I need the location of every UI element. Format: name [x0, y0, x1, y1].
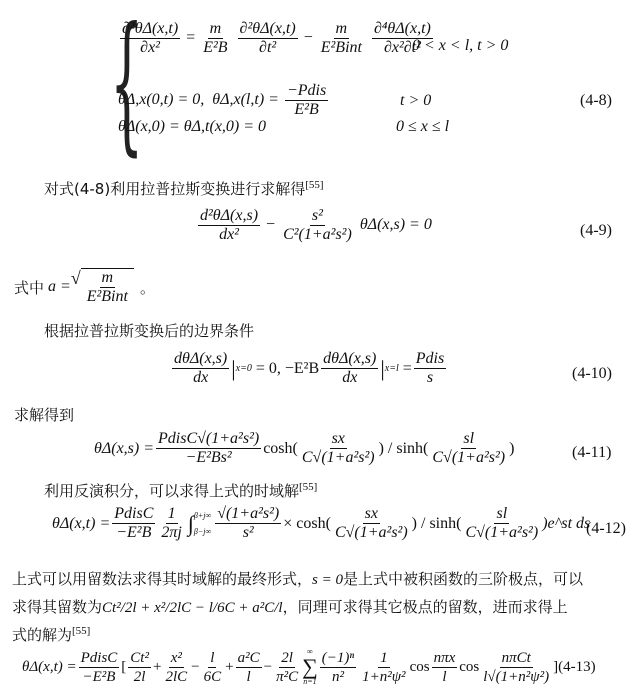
fraction-denominator: dx — [340, 369, 359, 387]
eq-4-8-condition-1: 0 < x < l, t > 0 — [412, 37, 508, 55]
cosh-function: cosh( — [263, 440, 298, 458]
fraction-denominator: E²B — [292, 101, 320, 119]
eq-4-8-line2: θΔ,x(0,t) = 0, θΔ,x(l,t) = −PdisE²B — [118, 82, 330, 119]
fraction-denominator: C√(1+a²s²) — [463, 524, 540, 542]
paragraph-text: 。 — [140, 277, 155, 298]
integral-upper-limit: β+j∞ — [194, 508, 211, 524]
paragraph-text: 对式(4-8)利用拉普拉斯变换进行求解得 — [44, 180, 305, 198]
formula-lhs: a = — [48, 278, 71, 296]
equation-number: (4-9) — [580, 222, 612, 240]
fraction-numerator: PdisC√(1+a²s²) — [156, 430, 261, 449]
fraction-denominator: l — [440, 668, 448, 686]
fraction-numerator: l — [208, 649, 216, 668]
fraction-numerator: nπCt — [500, 649, 533, 668]
equation-number: (4-8) — [580, 92, 612, 110]
fraction-denominator: C²(1+a²s²) — [281, 226, 354, 244]
fraction-denominator: dx — [191, 369, 210, 387]
cos-function: cos — [410, 659, 430, 676]
fraction-numerator: PdisC — [79, 649, 120, 668]
cos-function: cos — [459, 659, 479, 676]
fraction-numerator: sx — [363, 505, 380, 524]
equation-middle: = 0, −E²B — [256, 360, 319, 378]
fraction-numerator: Ct² — [128, 649, 151, 668]
paragraph: 对式(4-8)利用拉普拉斯变换进行求解得[55] — [44, 178, 324, 199]
fraction-denominator: E²Bint — [85, 288, 130, 306]
paragraph-line: 求得其留数为Ct²/2l + x²/2lC − l/6C + a²C/l，同理可… — [12, 596, 568, 617]
summation: ∞ ∑ n=1 — [302, 648, 318, 686]
fraction-denominator: l√(1+n²ψ²) — [481, 668, 551, 686]
fraction-numerator: a²C — [236, 649, 262, 668]
paragraph-text: ，同理可求得其它极点的留数，进而求得上 — [283, 598, 568, 616]
eq-4-9: d²θΔ(x,s)dx² − s²C²(1+a²s²) θΔ(x,s) = 0 — [196, 207, 432, 244]
boundary-condition-right: θΔ,x(l,t) = — [212, 91, 279, 108]
fraction-numerator: d²θΔ(x,s) — [198, 207, 260, 226]
fraction-denominator: C√(1+a²s²) — [430, 449, 507, 467]
fraction-denominator: l — [245, 668, 253, 686]
fraction-numerator: PdisC — [112, 505, 155, 524]
eq-4-8-line1: ∂²θΔ(x,t)∂x² = mE²B ∂²θΔ(x,t)∂t² − mE²Bi… — [118, 20, 435, 57]
paragraph-text: 式中 — [14, 277, 44, 298]
fraction-numerator: x² — [169, 649, 184, 668]
sum-lower-limit: n=1 — [303, 678, 316, 686]
paragraph-line: 上式可以用留数法求得其时域解的最终形式，s = 0是上式中被积函数的三阶极点，可… — [12, 568, 583, 589]
fraction-denominator: 2l — [132, 668, 148, 686]
fraction-numerator: 1 — [378, 649, 390, 668]
fraction-denominator: 1+n²ψ² — [360, 668, 407, 686]
citation: [55] — [305, 179, 323, 191]
equation-number: (4-13) — [558, 659, 596, 676]
paragraph-line: 式的解为[55] — [12, 624, 90, 645]
fraction-numerator: nπx — [432, 649, 458, 668]
fraction-numerator: 1 — [166, 505, 178, 524]
equation-lhs: θΔ(x,s) = — [94, 440, 154, 458]
fraction-numerator: dθΔ(x,s) — [172, 350, 229, 369]
equation-number: (4-11) — [572, 444, 611, 462]
fraction-denominator: 2πj — [159, 524, 183, 542]
fraction-denominator: π²C — [274, 668, 300, 686]
citation: [55] — [299, 481, 317, 493]
fraction-denominator: C√(1+a²s²) — [333, 524, 410, 542]
fraction-denominator: s² — [241, 524, 256, 542]
fraction-numerator: m — [100, 269, 116, 288]
fraction-denominator: n² — [330, 668, 346, 686]
equation-lhs: θΔ(x,t) = — [22, 659, 77, 676]
integral-lower-limit: β−j∞ — [194, 524, 211, 540]
fraction-numerator: sx — [330, 430, 347, 449]
fraction-numerator: m — [208, 20, 224, 39]
sqrt-icon: √ — [71, 268, 81, 306]
fraction-denominator: ∂x² — [138, 39, 162, 57]
fraction-denominator: dx² — [217, 226, 241, 244]
eq-4-10: dθΔ(x,s)dx |x=0 = 0, −E²B dθΔ(x,s)dx |x=… — [170, 350, 448, 387]
fraction-numerator: m — [334, 20, 350, 39]
equation-number: (4-10) — [572, 365, 612, 383]
eq-4-8-line3: θΔ(x,0) = θΔ,t(x,0) = 0 — [118, 118, 266, 136]
fraction-denominator: E²B — [201, 39, 229, 57]
sigma-icon: ∑ — [302, 656, 318, 678]
paragraph-text: 上式可以用留数法求得其时域解的最终形式， — [12, 570, 312, 588]
citation: [55] — [72, 625, 90, 637]
fraction-denominator: ∂t² — [257, 39, 278, 57]
sqrt-expression: √ mE²Bint — [71, 268, 134, 306]
fraction-numerator: dθΔ(x,s) — [321, 350, 378, 369]
fraction-numerator: sl — [494, 505, 509, 524]
eq-4-11: θΔ(x,s) = PdisC√(1+a²s²)−E²Bs² cosh( sxC… — [94, 430, 514, 467]
paragraph: 式中 a = √ mE²Bint 。 — [14, 268, 155, 306]
cosh-function: × cosh( — [283, 515, 331, 533]
fraction-numerator: √(1+a²s²) — [215, 505, 281, 524]
fraction-numerator: ∂²θΔ(x,t) — [238, 20, 298, 39]
fraction-denominator: −E²Bs² — [184, 449, 234, 467]
eq-4-13: θΔ(x,t) = PdisC−E²B [ Ct²2l + x²2lC − l6… — [22, 648, 596, 686]
paragraph: 根据拉普拉斯变换后的边界条件 — [44, 320, 254, 341]
paragraph: 利用反演积分，可以求得上式的时域解[55] — [44, 480, 317, 501]
fraction-numerator: (−1)ⁿ — [320, 649, 356, 668]
eq-4-8-condition-2: t > 0 — [400, 92, 431, 110]
fraction-numerator: 2l — [279, 649, 295, 668]
fraction-numerator: −Pdis — [285, 82, 328, 101]
sinh-function: ) / sinh( — [379, 440, 429, 458]
closing-paren: ) — [509, 440, 514, 458]
paragraph-text: 是上式中被积函数的三阶极点，可以 — [343, 570, 583, 588]
paragraph-text: 利用反演积分，可以求得上式的时域解 — [44, 482, 299, 500]
sinh-function: ) / sinh( — [412, 515, 462, 533]
fraction-numerator: ∂²θΔ(x,t) — [120, 20, 180, 39]
fraction-denominator: 2lC — [163, 668, 189, 686]
fraction-denominator: 6C — [202, 668, 224, 686]
equation-tail: )e^st ds — [542, 515, 590, 533]
inline-math: s = 0 — [312, 572, 343, 588]
boundary-condition-left: θΔ,x(0,t) = 0, — [118, 91, 204, 108]
fraction-denominator: s — [425, 369, 435, 387]
equation-tail: θΔ(x,s) = 0 — [360, 216, 432, 233]
fraction-denominator: −E²B — [114, 524, 153, 542]
eq-4-8-condition-3: 0 ≤ x ≤ l — [396, 118, 449, 136]
equation-number: (4-12) — [586, 520, 626, 538]
fraction-denominator: E²Bint — [319, 39, 364, 57]
fraction-denominator: C√(1+a²s²) — [300, 449, 377, 467]
fraction-numerator: sl — [461, 430, 476, 449]
fraction-numerator: Pdis — [414, 350, 446, 369]
integral-limits: β+j∞ β−j∞ — [194, 508, 211, 540]
paragraph-text: 式的解为 — [12, 626, 72, 644]
fraction-numerator: s² — [310, 207, 325, 226]
fraction-denominator: −E²B — [80, 668, 117, 686]
inline-math: Ct²/2l + x²/2lC − l/6C + a²C/l — [102, 600, 283, 616]
paragraph-text: 求得其留数为 — [12, 598, 102, 616]
equation-lhs: θΔ(x,t) = — [52, 515, 110, 533]
paragraph: 求解得到 — [14, 404, 74, 425]
eq-4-12: θΔ(x,t) = PdisC−E²B 12πj ∫ β+j∞ β−j∞ √(1… — [52, 505, 590, 542]
